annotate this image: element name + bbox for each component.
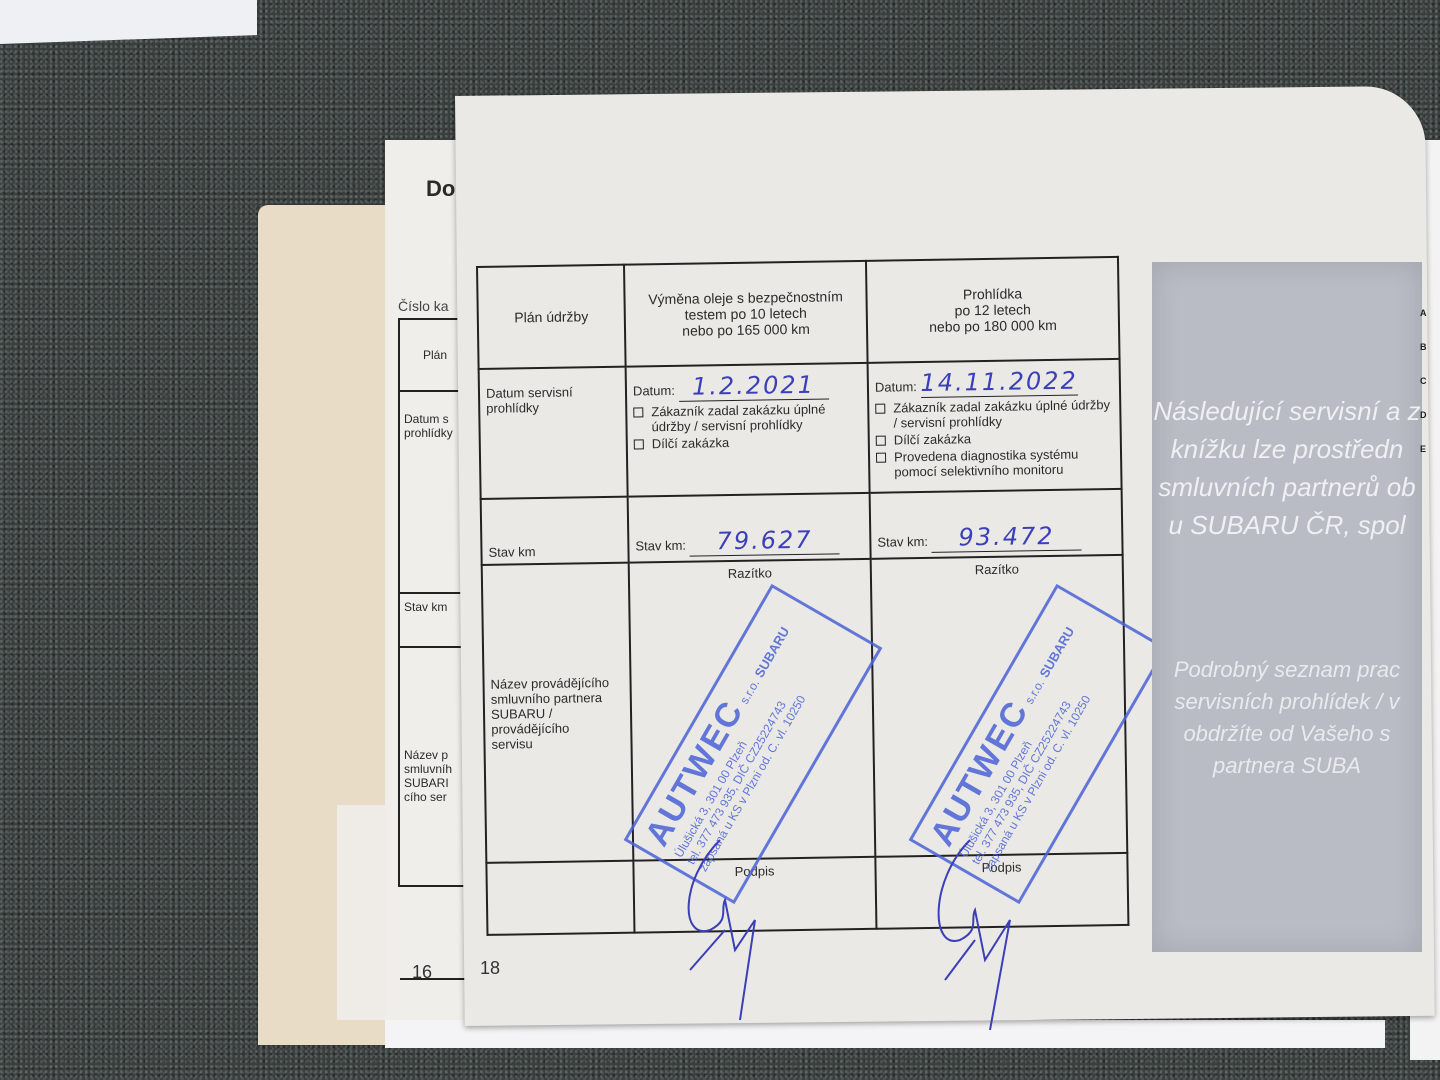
empty-signature-label-cell <box>486 861 634 935</box>
checkbox-label: Zákazník zadal zakázku úplné údržby / se… <box>893 397 1113 430</box>
column-header-oil-change: Výměna oleje s bezpečnostním testem po 1… <box>624 261 868 367</box>
info-line: partnera SUBA <box>1152 750 1422 782</box>
row-label-km: Stav km <box>481 497 629 565</box>
info-line: servisních prohlídek / v <box>1152 686 1422 718</box>
background-paper-sheet <box>0 0 257 44</box>
info-panel: Následující servisní a z knížku lze pros… <box>1152 262 1422 952</box>
info-line: obdržíte od Vašeho s <box>1152 718 1422 750</box>
page-number-18: 18 <box>480 958 500 979</box>
km-label: Stav km: <box>635 538 686 554</box>
column-header-inspection: Prohlídka po 12 letech nebo po 180 000 k… <box>866 257 1120 363</box>
info-line: knížku lze prostředn <box>1152 430 1422 468</box>
cell-km-inspection: Stav km: 93.472 <box>870 489 1123 559</box>
info-line: u SUBARU ČR, spol <box>1152 506 1422 544</box>
handwritten-km: 79.627 <box>689 525 839 556</box>
km-label: Stav km: <box>877 534 928 550</box>
checkbox-full-service[interactable]: Zákazník zadal zakázku úplné údržby / se… <box>633 401 861 435</box>
checkbox-icon[interactable] <box>876 436 886 446</box>
tab-e[interactable]: E <box>1420 432 1427 466</box>
info-line: Podrobný seznam prac <box>1152 654 1422 686</box>
page-number-16: 16 <box>412 962 432 983</box>
handwritten-date: 1.2.2021 <box>678 370 828 401</box>
row-label-date-text: Datum servisní prohlídky <box>486 372 597 416</box>
page-16-title-fragment: Do <box>426 176 455 202</box>
header-line: nebo po 165 000 km <box>632 320 860 340</box>
signature-2 <box>930 820 1050 1040</box>
signature-1 <box>680 820 800 1040</box>
row-label-partner: Název provádějícího smluvního partnera S… <box>482 563 634 863</box>
header-line: nebo po 180 000 km <box>874 316 1112 336</box>
stamp-suffix: s.r.o. <box>737 677 762 707</box>
checkbox-label: Provedena diagnostika systému pomocí sel… <box>894 446 1114 479</box>
date-label: Datum: <box>875 379 917 395</box>
info-panel-text-2: Podrobný seznam prac servisních prohlíde… <box>1152 654 1422 782</box>
tab-a[interactable]: A <box>1420 296 1427 330</box>
checkbox-partial-order[interactable]: Dílčí zakázka <box>634 433 862 452</box>
checkbox-icon[interactable] <box>876 453 886 463</box>
tab-d[interactable]: D <box>1420 398 1427 432</box>
checkbox-full-service[interactable]: Zákazník zadal zakázku úplné údržby / se… <box>875 397 1113 431</box>
cell-km-oil-change: Stav km: 79.627 <box>628 493 871 563</box>
stamp-suffix: s.r.o. <box>1022 677 1047 707</box>
checkbox-label: Dílčí zakázka <box>894 431 972 447</box>
p16-row-partner: Název p smluvníh SUBARI cího ser <box>400 648 470 980</box>
row-label-partner-text: Název provádějícího smluvního partnera S… <box>490 674 611 751</box>
cell-date-inspection: Datum: 14.11.2022 Zákazník zadal zakázku… <box>868 359 1122 493</box>
checkbox-icon[interactable] <box>633 407 643 417</box>
info-line: smluvních partnerů ob <box>1152 468 1422 506</box>
checkbox-label: Dílčí zakázka <box>652 435 730 451</box>
info-line: Následující servisní a z <box>1152 392 1422 430</box>
date-label: Datum: <box>633 383 675 399</box>
checkbox-icon[interactable] <box>634 439 644 449</box>
row-label-date: Datum servisní prohlídky <box>479 367 628 499</box>
info-panel-text-1: Následující servisní a z knížku lze pros… <box>1152 392 1422 544</box>
side-tab-letters: A B C D E <box>1420 296 1427 466</box>
checkbox-partial-order[interactable]: Dílčí zakázka <box>876 429 1114 448</box>
cell-date-oil-change: Datum: 1.2.2021 Zákazník zadal zakázku ú… <box>626 363 870 497</box>
checkbox-diagnostics[interactable]: Provedena diagnostika systému pomocí sel… <box>876 446 1114 480</box>
tab-c[interactable]: C <box>1420 364 1427 398</box>
checkbox-label: Zákazník zadal zakázku úplné údržby / se… <box>651 401 861 434</box>
row-label-plan: Plán údržby <box>477 265 626 369</box>
handwritten-date: 14.11.2022 <box>920 367 1078 398</box>
page-16-label-fragment: Číslo ka <box>398 298 449 314</box>
tab-b[interactable]: B <box>1420 330 1427 364</box>
handwritten-km: 93.472 <box>931 522 1081 553</box>
checkbox-icon[interactable] <box>875 404 885 414</box>
